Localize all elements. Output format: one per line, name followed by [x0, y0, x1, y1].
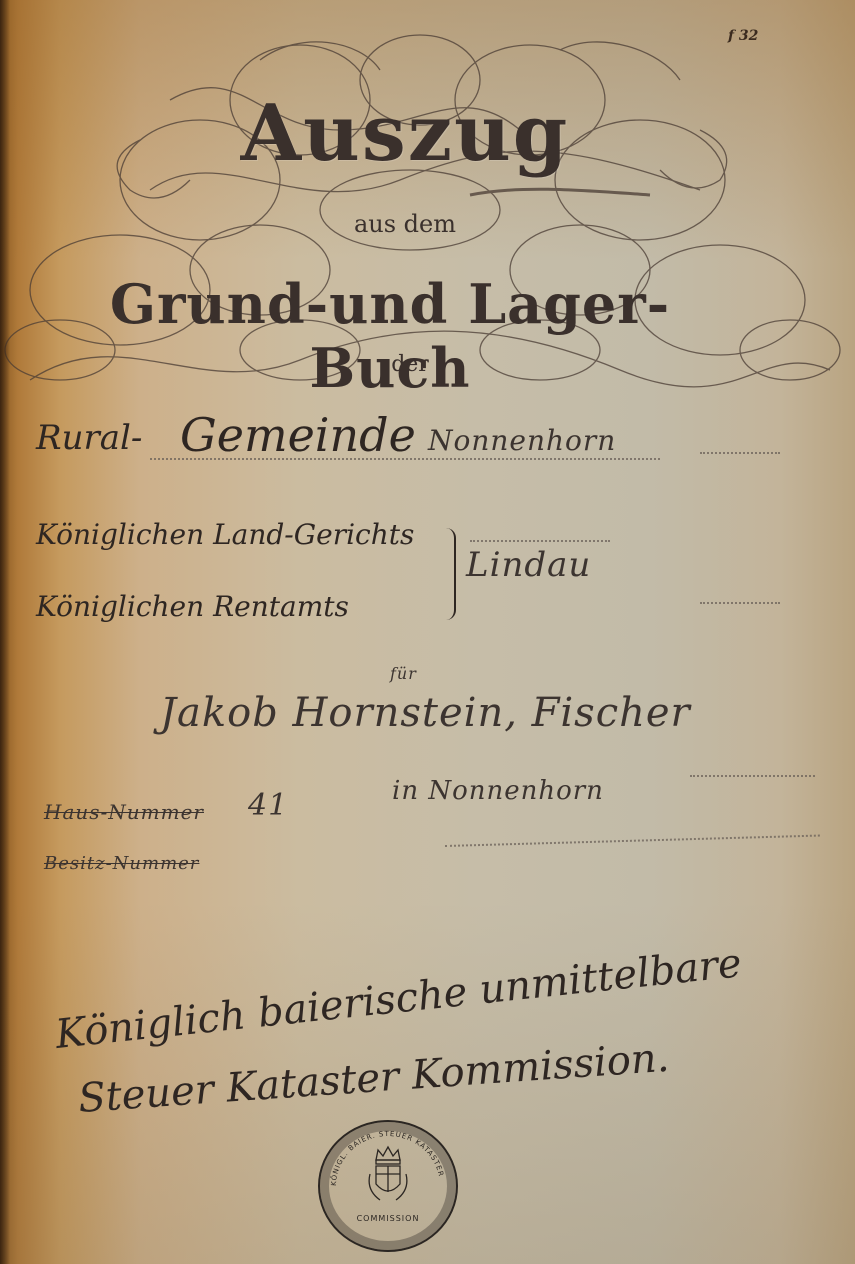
property-dotted-line	[445, 835, 820, 847]
house-number-value: 41	[248, 788, 288, 823]
municipality-dotted-line	[150, 458, 660, 460]
office-label: Königlichen Rentamts	[36, 590, 349, 623]
court-label: Königlichen Land-Gerichts	[36, 518, 414, 551]
municipality-prefix: Rural-	[36, 418, 142, 458]
title-article: der	[370, 352, 450, 377]
house-location-value: in Nonnenhorn	[392, 776, 604, 806]
official-seal: KÖNIGL. BAIER. STEUER KATASTER COMMISSIO…	[318, 1120, 458, 1252]
court-office-value: Lindau	[466, 545, 591, 585]
municipality-value: Nonnenhorn	[428, 424, 616, 457]
title-connector: aus dem	[330, 210, 480, 238]
seal-bottom-text: COMMISSION	[342, 1214, 434, 1223]
document-subtitle: Grund-und Lager-Buch	[70, 272, 710, 400]
for-label: für	[390, 664, 417, 683]
brace-icon	[440, 528, 456, 620]
authority-line-2: Steuer Kataster Kommission.	[77, 1035, 671, 1122]
municipality-label: Gemeinde	[180, 408, 416, 462]
document-page: f 32 Auszug aus dem Grund-und Lager-Buch…	[0, 0, 855, 1264]
house-dotted-line	[690, 775, 815, 777]
house-number-label: Haus-Nummer	[44, 800, 204, 824]
owner-value: Jakob Hornstein, Fischer	[160, 690, 691, 736]
crown-crest-icon	[368, 1144, 408, 1206]
municipality-dotted-line-end	[700, 452, 780, 454]
court-dotted-line	[470, 540, 610, 542]
office-dotted-line	[700, 602, 780, 604]
property-number-label: Besitz-Nummer	[44, 853, 199, 874]
document-title: Auszug	[215, 88, 595, 179]
